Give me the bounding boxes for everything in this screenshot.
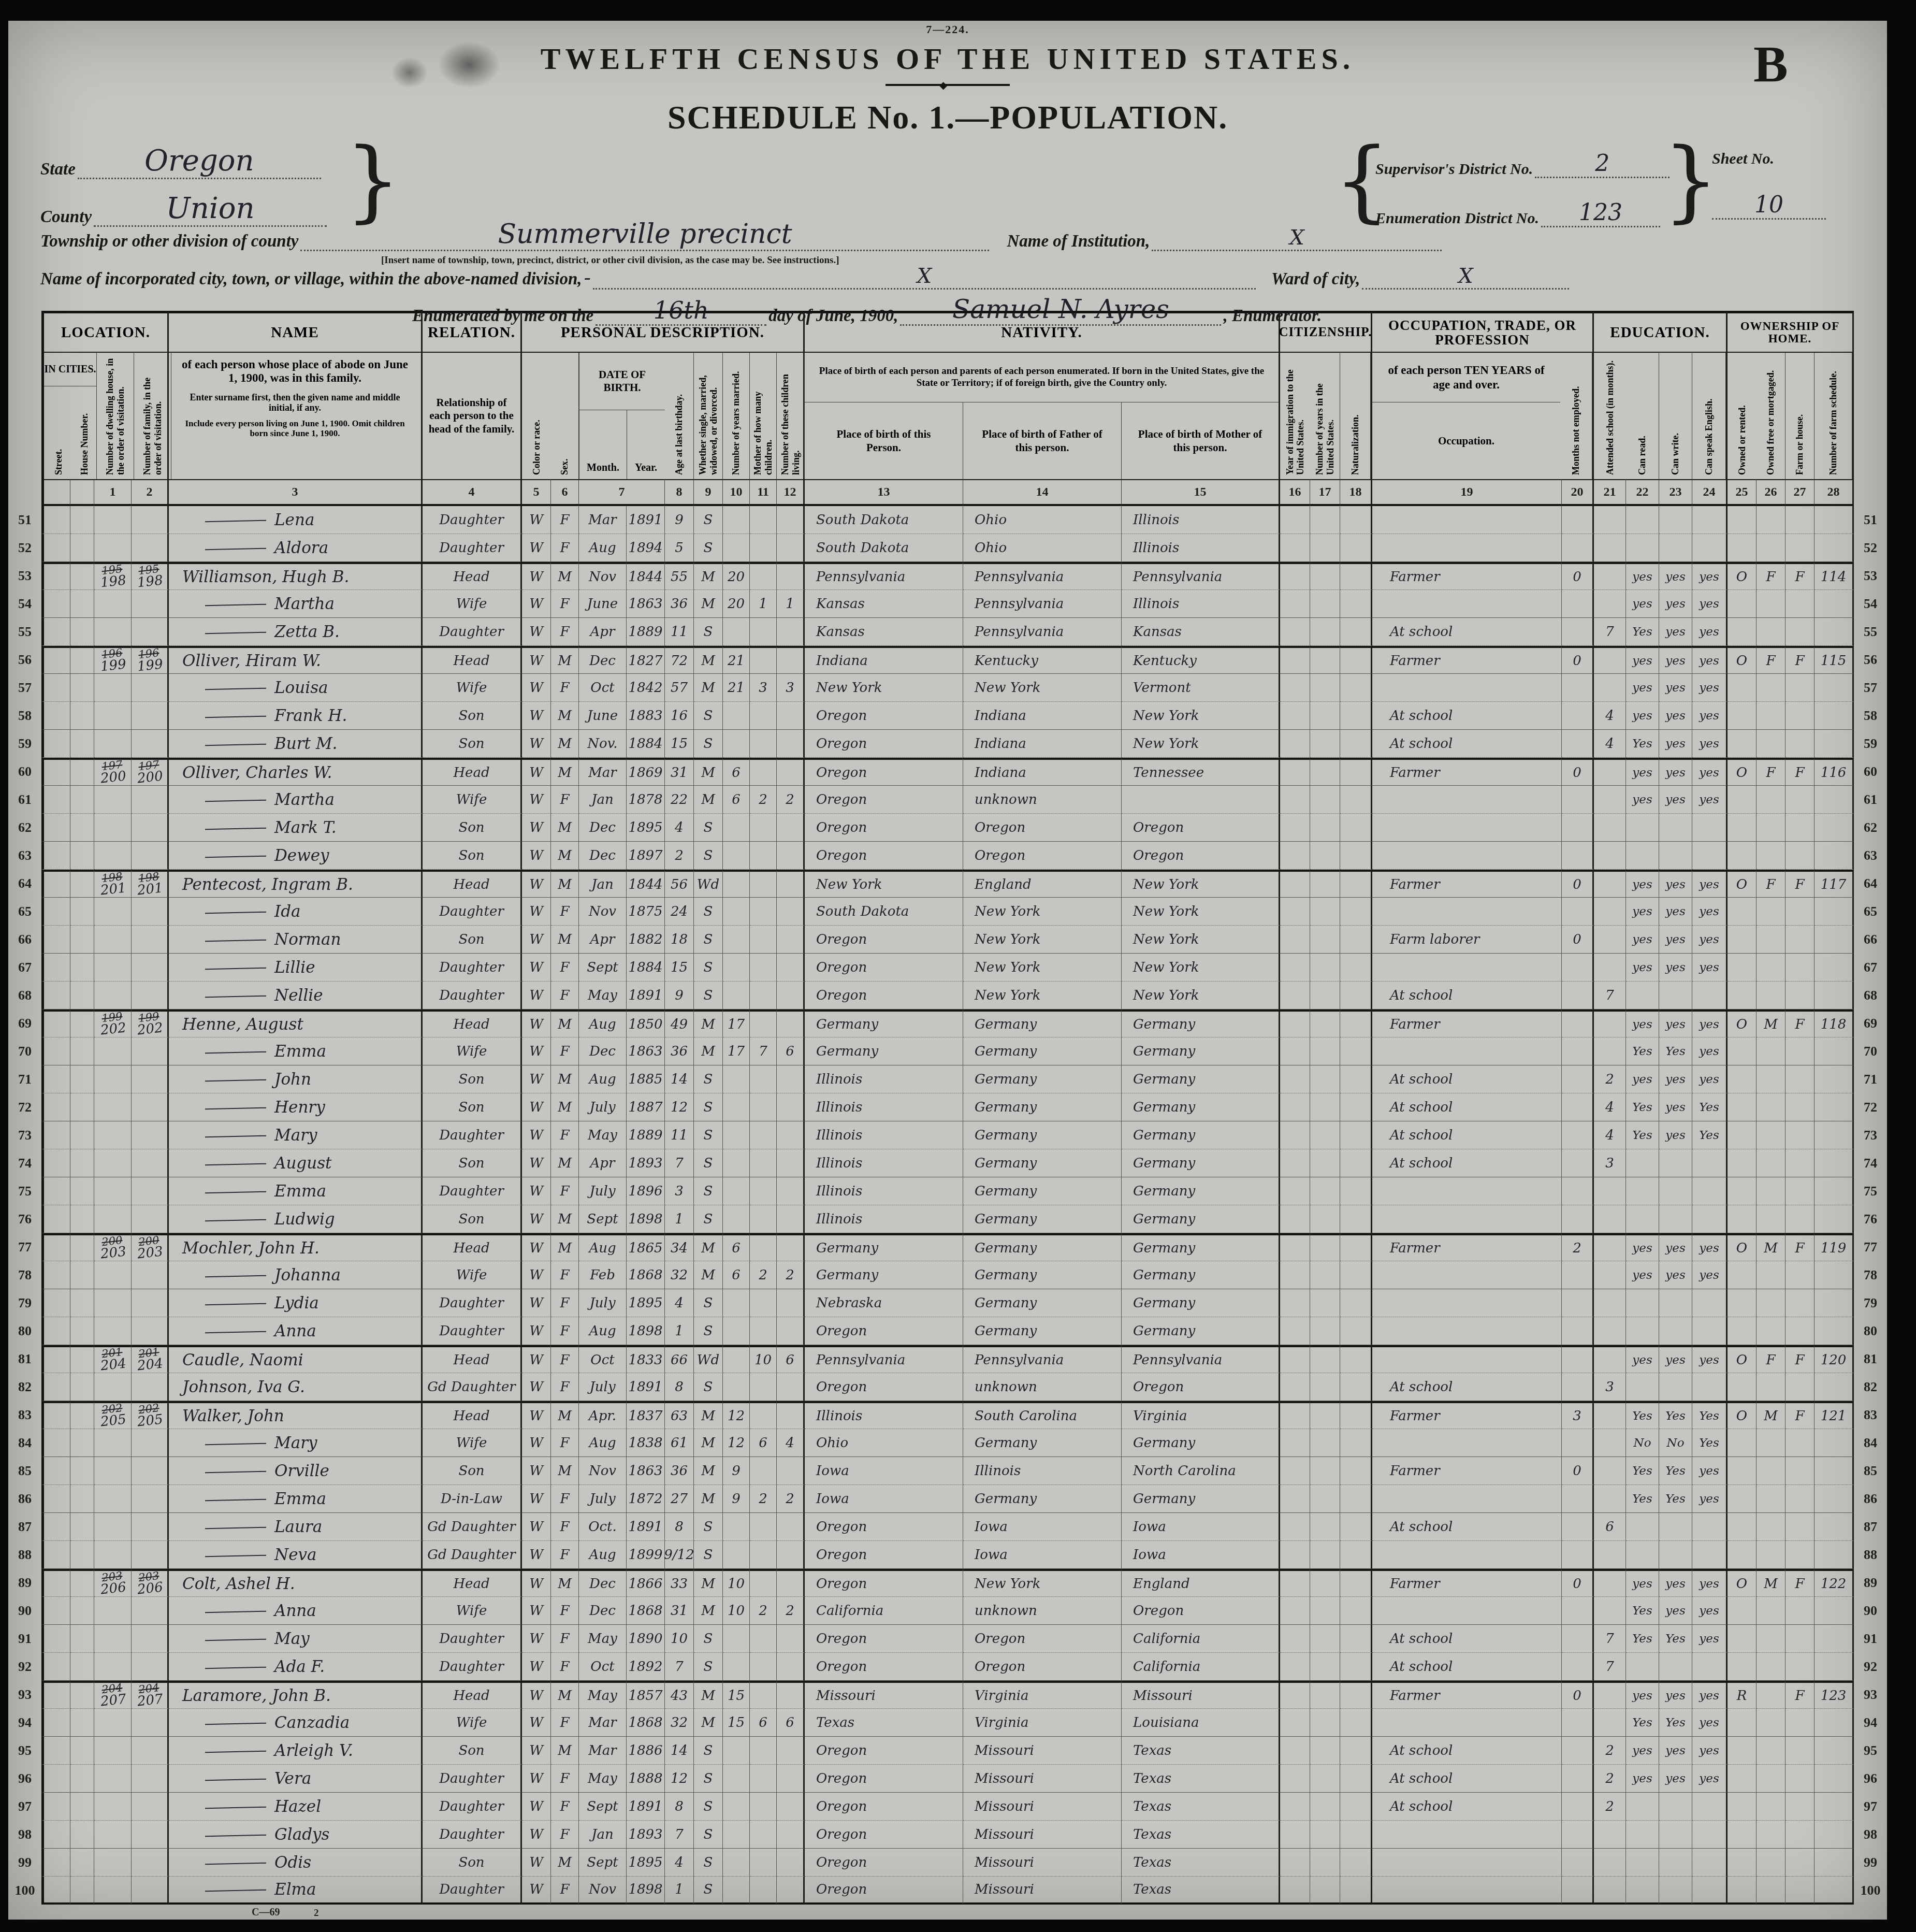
cell-hn (70, 646, 94, 674)
cell-s: F (551, 618, 579, 646)
cell-mn (1562, 1010, 1594, 1037)
cell-cr: yes (1626, 1681, 1659, 1709)
cell-ms: M (694, 1569, 723, 1597)
cell-ag: 12 (665, 1765, 694, 1793)
citizenship-title: CITIZENSHIP. (1280, 313, 1371, 353)
cell-nm: Dewey (169, 842, 423, 870)
cell-cl (777, 646, 805, 674)
cell-hn (70, 1121, 94, 1149)
cell-nm: Mark T. (169, 814, 423, 842)
cell-st (41, 618, 70, 646)
cell-ag: 7 (665, 1821, 694, 1849)
census-row: 85OrvilleSonWMNov186336M9IowaIllinoisNor… (8, 1457, 1887, 1485)
cell-s: F (551, 1709, 579, 1737)
cell-as (1594, 1010, 1626, 1037)
cell-fs (1815, 786, 1854, 814)
cell-ms: M (694, 1597, 723, 1625)
cell-pm: Texas (1122, 1737, 1280, 1765)
line-number: 70 (8, 1037, 41, 1065)
cell-fs (1815, 1429, 1854, 1457)
cell-fm (1757, 506, 1786, 534)
cell-yu (1310, 1149, 1340, 1177)
cell-fh (1786, 506, 1815, 534)
ditto-dash (205, 1303, 266, 1305)
cell-na (1340, 1401, 1372, 1429)
column-number: 25 (1728, 479, 1757, 506)
line-number: 79 (8, 1289, 41, 1317)
cell-or (1728, 590, 1757, 618)
cell-ag: 9/12 (665, 1541, 694, 1569)
cell-fh (1786, 1065, 1815, 1093)
cell-ym (723, 1121, 750, 1149)
cell-fh (1786, 1485, 1815, 1513)
cell-nm: Colt, Ashel H. (169, 1569, 423, 1597)
township-label: Township or other division of county (40, 232, 298, 251)
cell-fs (1815, 982, 1854, 1010)
cell-ag: 9 (665, 982, 694, 1010)
cell-yu (1310, 982, 1340, 1010)
cell-mn (1562, 814, 1594, 842)
cell-hn (70, 1037, 94, 1065)
cell-ym (723, 1093, 750, 1121)
cell-na (1340, 1121, 1372, 1149)
cell-ce: yes (1692, 954, 1728, 982)
sheet-value: 10 (1754, 192, 1783, 218)
cell-nm: Ida (169, 898, 423, 926)
cell-pf: Missouri (963, 1737, 1122, 1765)
cell-ym: 10 (723, 1569, 750, 1597)
ditto-dash (205, 1191, 266, 1193)
cell-pb: Oregon (805, 1737, 963, 1765)
cell-bm: Jan (579, 1821, 627, 1849)
cell-fa: 198201 (132, 870, 169, 898)
census-row: 67LillieDaughterWFSept188415SOregonNew Y… (8, 954, 1887, 982)
col-free-mortgaged: Owned free or mortgaged. (1757, 353, 1786, 479)
cell-ym (723, 814, 750, 842)
cell-st (41, 1149, 70, 1177)
cell-or (1728, 926, 1757, 954)
line-number: 93 (8, 1681, 41, 1709)
cell-rl: Son (423, 1849, 522, 1877)
cell-cw: Yes (1659, 1401, 1692, 1429)
cell-fs (1815, 1037, 1854, 1065)
cell-fm (1757, 618, 1786, 646)
cell-fs (1815, 1877, 1854, 1905)
cell-nm: Lydia (169, 1289, 423, 1317)
cell-ms: S (694, 1793, 723, 1821)
cell-ms: S (694, 534, 723, 562)
census-row: 52AldoraDaughterWFAug18945SSouth DakotaO… (8, 534, 1887, 562)
cell-by: 1892 (627, 1653, 665, 1681)
cell-pb: Illinois (805, 1177, 963, 1205)
cell-c: W (522, 1597, 551, 1625)
cell-pm: Oregon (1122, 842, 1280, 870)
column-number: 5 (522, 479, 551, 506)
line-number: 96 (1854, 1765, 1887, 1793)
cell-pf: Missouri (963, 1877, 1122, 1905)
cell-fh: F (1786, 1233, 1815, 1261)
cell-ce: yes (1692, 562, 1728, 590)
cell-c: W (522, 1037, 551, 1065)
cell-mc (750, 1653, 777, 1681)
cell-ms: M (694, 1010, 723, 1037)
cell-mc: 6 (750, 1429, 777, 1457)
cell-fs (1815, 1065, 1854, 1093)
cell-c: W (522, 1177, 551, 1205)
cell-rl: Wife (423, 1709, 522, 1737)
ditto-dash (205, 1331, 266, 1333)
cell-fa (132, 1821, 169, 1849)
cell-pf: Germany (963, 1261, 1122, 1289)
cell-mc: 2 (750, 1597, 777, 1625)
ditto-dash (205, 631, 266, 633)
cell-or (1728, 1457, 1757, 1485)
cell-im (1280, 1177, 1310, 1205)
cell-pb: Illinois (805, 1205, 963, 1233)
cell-na (1340, 1765, 1372, 1793)
cell-st (41, 870, 70, 898)
cell-pf: Germany (963, 1205, 1122, 1233)
cell-ag: 5 (665, 534, 694, 562)
cell-dw (94, 506, 132, 534)
cell-ce (1692, 1877, 1728, 1905)
census-scan: 7—224. TWELFTH CENSUS OF THE UNITED STAT… (0, 0, 1916, 1932)
cell-mc: 2 (750, 1261, 777, 1289)
cell-mc (750, 1010, 777, 1037)
cell-mn (1562, 1597, 1594, 1625)
line-number: 100 (1854, 1877, 1887, 1905)
cell-pb: Iowa (805, 1457, 963, 1485)
cell-ms: S (694, 1121, 723, 1149)
ditto-dash (205, 967, 266, 969)
cell-bm: Aug (579, 534, 627, 562)
cell-yu (1310, 898, 1340, 926)
cell-c: W (522, 1149, 551, 1177)
cell-rl: Head (423, 1345, 522, 1373)
cell-bm: Dec (579, 1037, 627, 1065)
cell-ym: 21 (723, 674, 750, 702)
cell-ym: 6 (723, 786, 750, 814)
cell-nm: Anna (169, 1317, 423, 1345)
cell-nm: Williamson, Hugh B. (169, 562, 423, 590)
cell-mc: 2 (750, 786, 777, 814)
col-can-read: Can read. (1626, 353, 1659, 479)
cell-oc: Farmer (1372, 562, 1562, 590)
cell-bm: Mar (579, 1709, 627, 1737)
line-number: 97 (8, 1793, 41, 1821)
cell-dw (94, 1877, 132, 1905)
cell-fm (1757, 1653, 1786, 1681)
cell-fs (1815, 1821, 1854, 1849)
cell-ag: 24 (665, 898, 694, 926)
nativity-title: NATIVITY. (805, 313, 1279, 353)
cell-c: W (522, 954, 551, 982)
name-title: NAME (169, 313, 421, 353)
line-number: 92 (8, 1653, 41, 1681)
cell-yu (1310, 1317, 1340, 1345)
cell-mc (750, 562, 777, 590)
cell-pf: Missouri (963, 1821, 1122, 1849)
cell-st (41, 954, 70, 982)
cell-fa: 203206 (132, 1569, 169, 1597)
cell-im (1280, 1037, 1310, 1065)
cell-ym (723, 1653, 750, 1681)
cell-hn (70, 1429, 94, 1457)
cell-st (41, 646, 70, 674)
cell-ce (1692, 506, 1728, 534)
cell-or (1728, 1485, 1757, 1513)
cell-by: 1898 (627, 1205, 665, 1233)
cell-st (41, 1597, 70, 1625)
cell-mc (750, 954, 777, 982)
cell-hn (70, 590, 94, 618)
cell-s: M (551, 1065, 579, 1093)
cell-cw (1659, 534, 1692, 562)
cell-ym (723, 982, 750, 1010)
cell-c: W (522, 898, 551, 926)
cell-pb: Oregon (805, 786, 963, 814)
cell-ym (723, 1373, 750, 1401)
cell-rl: Head (423, 1681, 522, 1709)
cell-na (1340, 1373, 1372, 1401)
cell-dw (94, 1765, 132, 1793)
table-header: LOCATION. IN CITIES. Street. House Numbe… (8, 311, 1887, 479)
cell-ce (1692, 1541, 1728, 1569)
cell-cw (1659, 982, 1692, 1010)
cell-pm: Germany (1122, 1261, 1280, 1289)
cell-fh (1786, 1289, 1815, 1317)
cell-na (1340, 506, 1372, 534)
cell-ms: S (694, 842, 723, 870)
cell-yu (1310, 1457, 1340, 1485)
cell-pf: Germany (963, 1429, 1122, 1457)
cell-fs: 119 (1815, 1233, 1854, 1261)
cell-nm: Zetta B. (169, 618, 423, 646)
cell-cr: yes (1626, 1569, 1659, 1597)
cell-cw: yes (1659, 1765, 1692, 1793)
cell-ce: Yes (1692, 1429, 1728, 1457)
census-row: 53195198195198Williamson, Hugh B.HeadWMN… (8, 562, 1887, 590)
cell-na (1340, 1205, 1372, 1233)
ditto-dash (205, 1722, 266, 1724)
cell-ym (723, 1849, 750, 1877)
cell-fm (1757, 814, 1786, 842)
cell-by: 1837 (627, 1401, 665, 1429)
line-number: 75 (1854, 1177, 1887, 1205)
cell-ag: 3 (665, 1177, 694, 1205)
cell-pb: California (805, 1597, 963, 1625)
cell-fs (1815, 1093, 1854, 1121)
cell-mn (1562, 1541, 1594, 1569)
cell-s: M (551, 1681, 579, 1709)
cell-ce (1692, 534, 1728, 562)
cell-oc: Farmer (1372, 1010, 1562, 1037)
cell-nm: John (169, 1065, 423, 1093)
cell-ag: 10 (665, 1625, 694, 1653)
cell-cl (777, 1205, 805, 1233)
cell-mn (1562, 1849, 1594, 1877)
census-row: 86EmmaD-in-LawWFJuly187227M922IowaGerman… (8, 1485, 1887, 1513)
cell-ce: yes (1692, 590, 1728, 618)
cell-ag: 56 (665, 870, 694, 898)
cell-mc (750, 1569, 777, 1597)
cell-mn (1562, 1373, 1594, 1401)
cell-pf: Germany (963, 1149, 1122, 1177)
cell-c: W (522, 562, 551, 590)
plate-mark: C—69 (252, 1907, 280, 1919)
cell-st (41, 1625, 70, 1653)
cell-cw: Yes (1659, 1457, 1692, 1485)
cell-as (1594, 842, 1626, 870)
cell-c: W (522, 1457, 551, 1485)
cell-mn (1562, 1345, 1594, 1373)
cell-nm: Louisa (169, 674, 423, 702)
cell-fm (1757, 982, 1786, 1010)
cell-fa (132, 1037, 169, 1065)
cell-ym (723, 1793, 750, 1821)
cell-ms: S (694, 1541, 723, 1569)
ditto-dash (205, 1470, 266, 1473)
cell-nm: Aldora (169, 534, 423, 562)
cell-im (1280, 786, 1310, 814)
col-birth-month: Month. (579, 410, 627, 479)
cell-ym (723, 1765, 750, 1793)
cell-cr (1626, 506, 1659, 534)
cell-cw: Yes (1659, 1625, 1692, 1653)
cell-ms: S (694, 814, 723, 842)
cell-by: 1882 (627, 926, 665, 954)
cell-cl (777, 1681, 805, 1709)
cell-cw: Yes (1659, 1037, 1692, 1065)
occupation-title: OCCUPATION, TRADE, OR PROFESSION (1372, 313, 1592, 353)
cell-fh: F (1786, 562, 1815, 590)
cell-ag: 57 (665, 674, 694, 702)
cell-dw (94, 590, 132, 618)
line-number: 90 (8, 1597, 41, 1625)
cell-ag: 32 (665, 1709, 694, 1737)
census-row: 83202205202205Walker, JohnHeadWMApr.1837… (8, 1401, 1887, 1429)
cell-cl (777, 1373, 805, 1401)
cell-na (1340, 674, 1372, 702)
cell-mn: 0 (1562, 758, 1594, 786)
cell-dw (94, 954, 132, 982)
census-row: 84MaryWifeWFAug183861M1264OhioGermanyGer… (8, 1429, 1887, 1457)
cell-na (1340, 618, 1372, 646)
cell-fh (1786, 1765, 1815, 1793)
cell-fm (1757, 898, 1786, 926)
cell-fa (132, 926, 169, 954)
cell-pb: Oregon (805, 814, 963, 842)
cell-ms: S (694, 982, 723, 1010)
cell-fs (1815, 1709, 1854, 1737)
cell-cr (1626, 1513, 1659, 1541)
cell-hn (70, 1401, 94, 1429)
census-row: 90AnnaWifeWFDec186831M1022Californiaunkn… (8, 1597, 1887, 1625)
cell-pb: Ohio (805, 1429, 963, 1457)
col-color-race: Color or race. (522, 353, 551, 479)
cell-pm: New York (1122, 926, 1280, 954)
cell-ym (723, 1149, 750, 1177)
cell-as (1594, 1597, 1626, 1625)
cell-rl: Son (423, 1065, 522, 1093)
cell-ym (723, 1065, 750, 1093)
cell-ms: S (694, 1737, 723, 1765)
line-number: 57 (8, 674, 41, 702)
cell-cw: yes (1659, 1569, 1692, 1597)
cell-ym: 15 (723, 1681, 750, 1709)
cell-ms: S (694, 1093, 723, 1121)
cell-fm (1757, 1149, 1786, 1177)
cell-ym: 6 (723, 1261, 750, 1289)
line-number: 93 (1854, 1681, 1887, 1709)
cell-dw (94, 1149, 132, 1177)
city-value: X (917, 264, 932, 288)
cell-pm: Germany (1122, 1010, 1280, 1037)
cell-dw (94, 618, 132, 646)
ditto-dash (205, 687, 266, 689)
cell-or: O (1728, 870, 1757, 898)
cell-by: 1888 (627, 1765, 665, 1793)
cell-fs: 115 (1815, 646, 1854, 674)
cell-c: W (522, 590, 551, 618)
cell-im (1280, 1793, 1310, 1821)
column-number: 23 (1659, 479, 1692, 506)
cell-dw (94, 730, 132, 758)
census-row: 91MayDaughterWFMay189010SOregonOregonCal… (8, 1625, 1887, 1653)
cell-ce: yes (1692, 1010, 1728, 1037)
cell-cr: yes (1626, 898, 1659, 926)
line-number: 85 (1854, 1457, 1887, 1485)
cell-fa (132, 1457, 169, 1485)
cell-fs (1815, 898, 1854, 926)
cell-im (1280, 1653, 1310, 1681)
cell-yu (1310, 786, 1340, 814)
cell-hn (70, 1569, 94, 1597)
cell-dw: 204207 (94, 1681, 132, 1709)
cell-pb: Illinois (805, 1093, 963, 1121)
census-row: 56196199196199Olliver, Hiram W.HeadWMDec… (8, 646, 1887, 674)
cell-ms: S (694, 1653, 723, 1681)
line-number: 99 (8, 1849, 41, 1877)
cell-yu (1310, 1541, 1340, 1569)
cell-ag: 16 (665, 702, 694, 730)
cell-s: F (551, 1317, 579, 1345)
cell-c: W (522, 1513, 551, 1541)
cell-yu (1310, 1513, 1340, 1541)
cell-s: F (551, 534, 579, 562)
cell-nm: Emma (169, 1177, 423, 1205)
cell-ym: 9 (723, 1457, 750, 1485)
cell-im (1280, 1513, 1310, 1541)
cell-dw (94, 1849, 132, 1877)
line-number: 89 (1854, 1569, 1887, 1597)
column-number: 18 (1340, 479, 1372, 506)
cell-cw: yes (1659, 618, 1692, 646)
cell-or (1728, 982, 1757, 1010)
supervisor-label: Supervisor's District No. (1375, 161, 1533, 178)
cell-ym: 17 (723, 1037, 750, 1065)
cell-nm: Vera (169, 1765, 423, 1793)
cell-pb: South Dakota (805, 898, 963, 926)
ditto-dash (205, 1443, 266, 1445)
cell-hn (70, 898, 94, 926)
cell-mn (1562, 1093, 1594, 1121)
cell-as: 2 (1594, 1065, 1626, 1093)
cell-st (41, 1121, 70, 1149)
cell-oc: At school (1372, 1625, 1562, 1653)
line-number: 67 (1854, 954, 1887, 982)
institution-label: Name of Institution, (1007, 232, 1150, 251)
